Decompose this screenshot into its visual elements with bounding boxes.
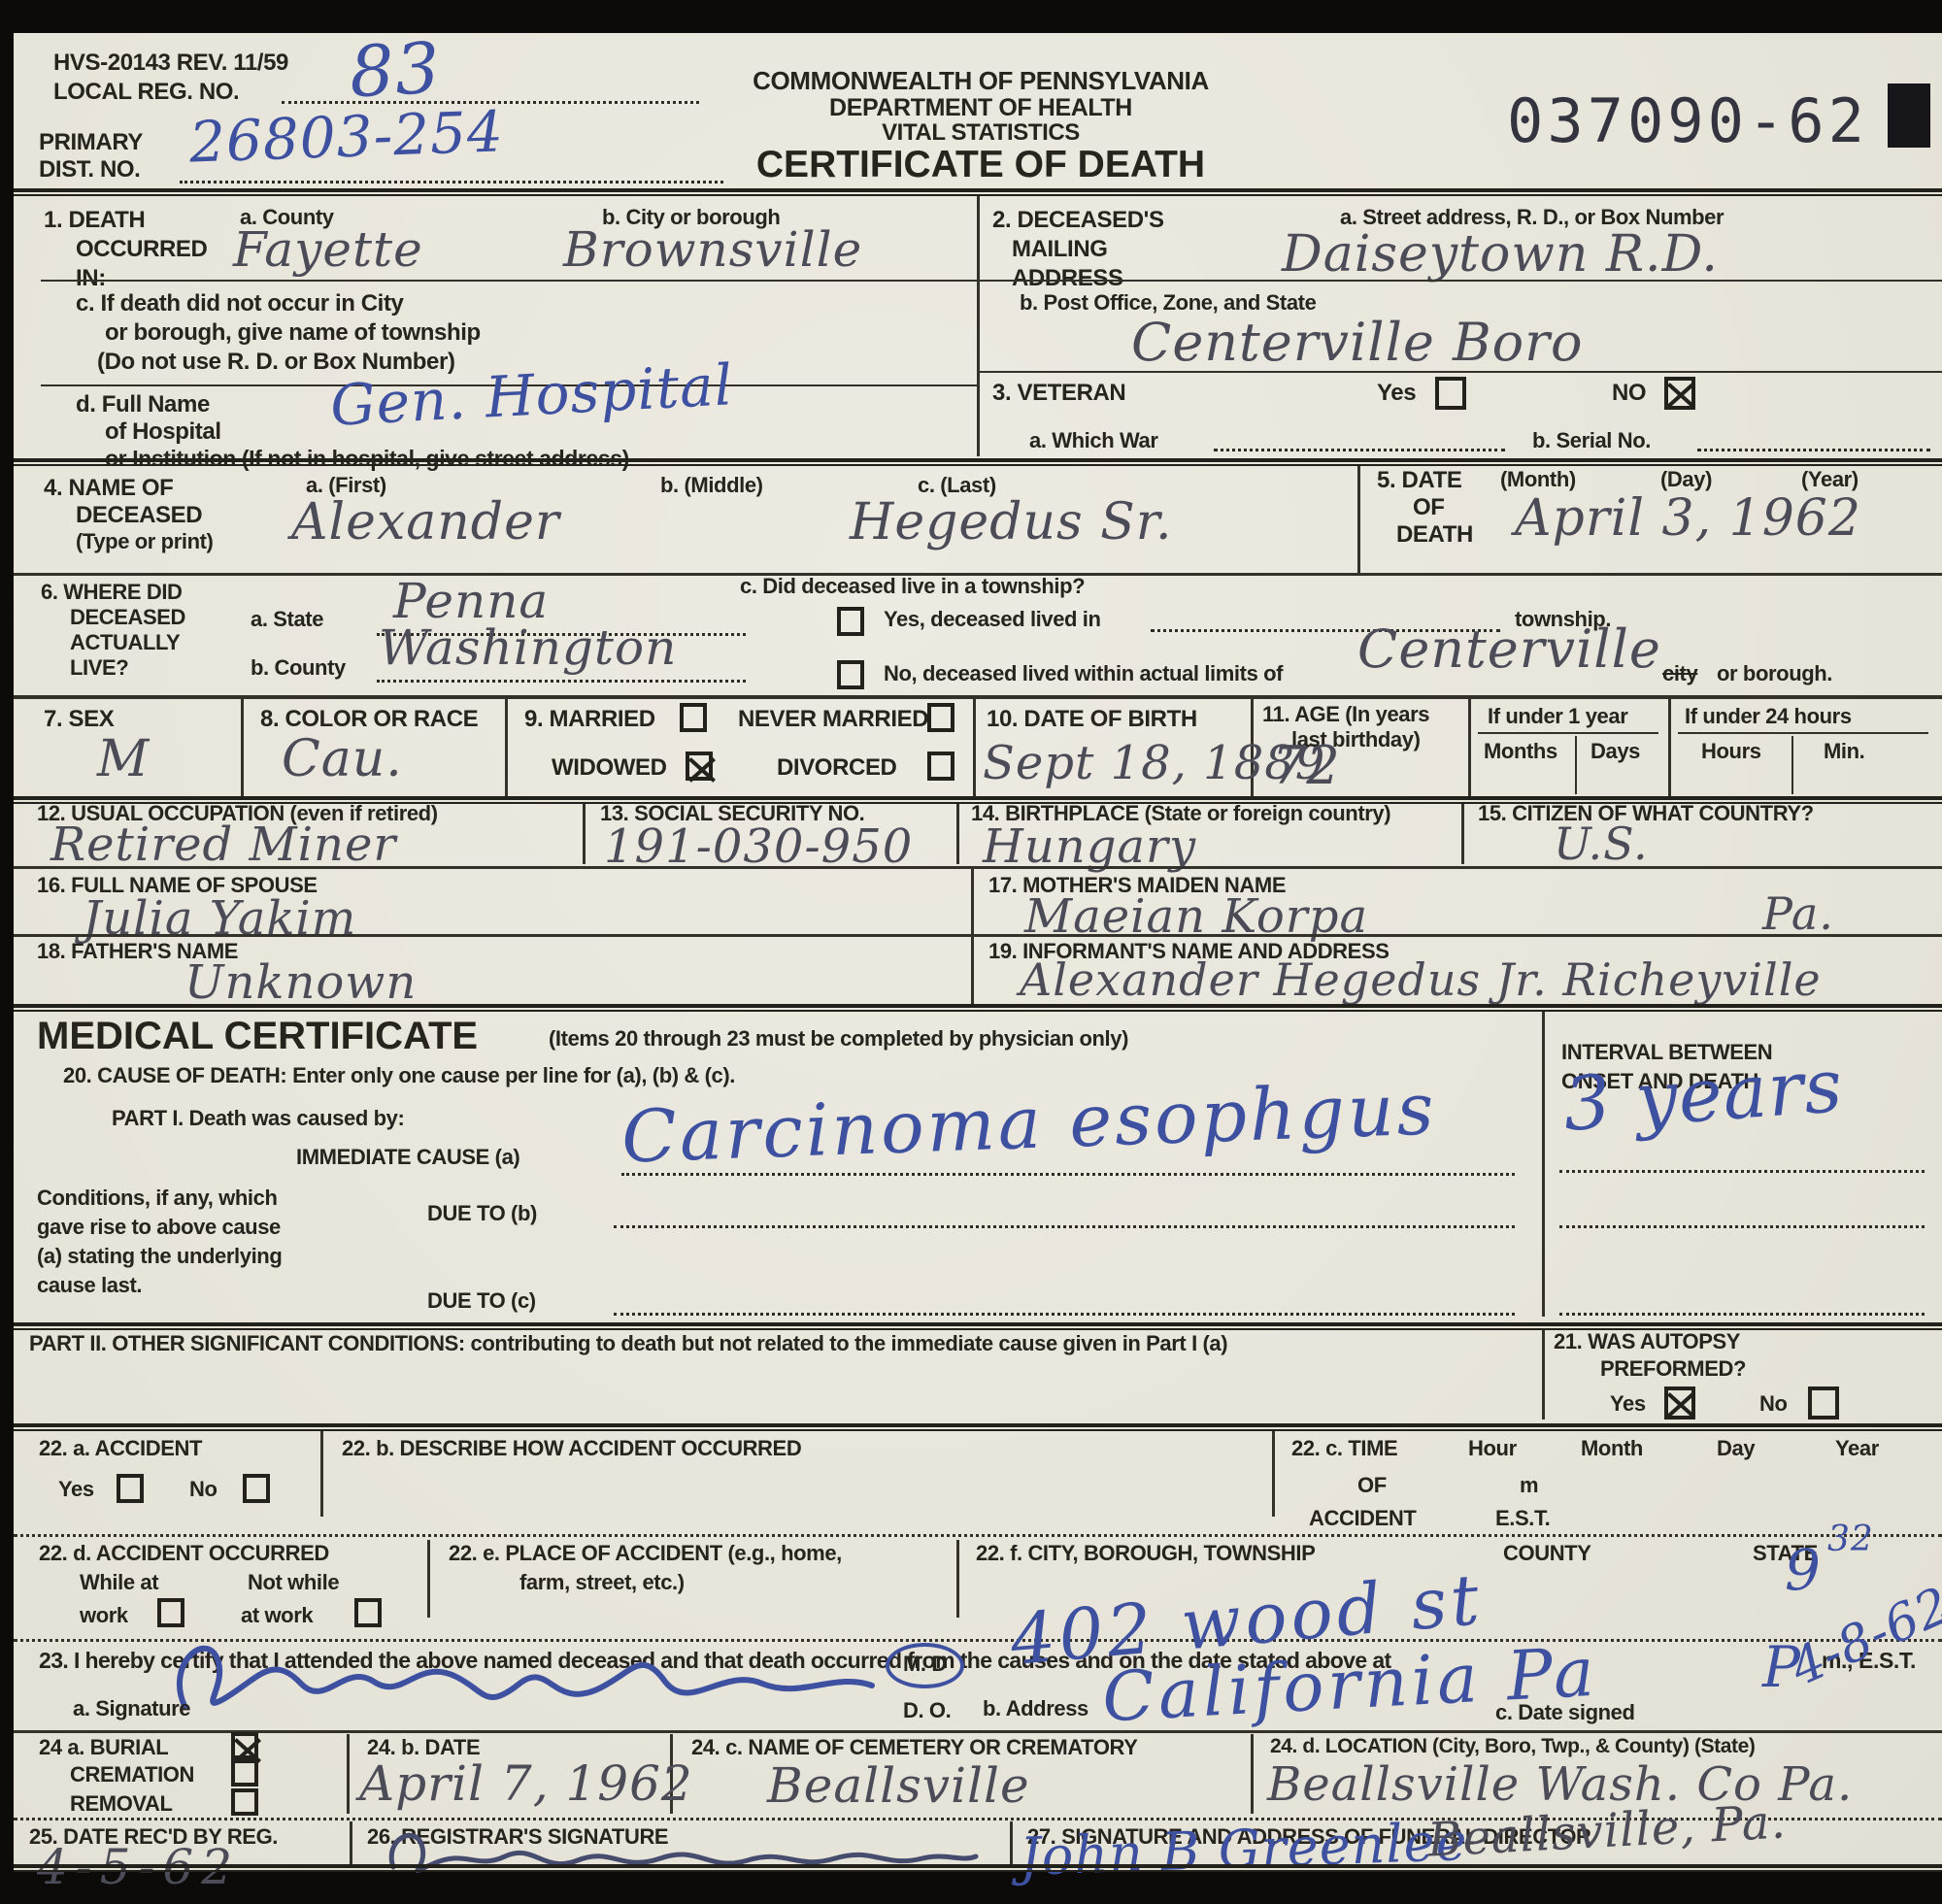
s6-yes-text: Yes, deceased lived in [884, 608, 1101, 630]
s22c-accident-label: ACCIDENT [1309, 1507, 1416, 1529]
divider-24a-24b [347, 1734, 350, 1814]
s3-serial-label: b. Serial No. [1532, 429, 1651, 451]
s24-cremation-label: CREMATION [70, 1763, 194, 1786]
s9-never-label: NEVER MARRIED [738, 707, 928, 731]
divider-s9-s10 [973, 699, 976, 796]
s22c-of-label: OF [1357, 1474, 1387, 1496]
funeral-director-signature: John B Greenlee [1019, 1816, 1468, 1884]
s15-value: U.S. [1554, 821, 1649, 866]
s9-widowed-label: WIDOWED [552, 755, 667, 780]
s13-value: 191-030-950 [604, 823, 913, 870]
form-number: HVS-20143 REV. 11/59 [53, 50, 288, 75]
s22d-while-at: While at [80, 1571, 158, 1593]
hours-label: Hours [1701, 740, 1761, 762]
s3-serial-dotted [1697, 449, 1930, 451]
s19-value: Alexander Hegedus Jr. Richeyville [1020, 957, 1822, 1002]
s24-burial-label: 24 a. BURIAL [39, 1736, 168, 1758]
hours-min-divider [1791, 736, 1793, 794]
widowed-checkbox-checked [686, 752, 713, 781]
rule-medical-top [14, 1004, 1942, 1012]
due-to-c-label: DUE TO (c) [427, 1289, 536, 1312]
local-reg-value: 83 [348, 33, 442, 108]
married-checkbox [680, 703, 707, 732]
s24-removal-label: REMOVAL [70, 1792, 173, 1815]
s2-label-2: MAILING [1012, 237, 1108, 261]
s22c-m-label: m [1520, 1474, 1538, 1496]
s4b-label: b. (Middle) [660, 474, 763, 496]
cremation-checkbox [231, 1759, 258, 1787]
s22e-label-1: 22. e. PLACE OF ACCIDENT (e.g., home, [449, 1542, 842, 1564]
divider-s7-s8 [241, 699, 244, 796]
s6b-label: b. County [251, 656, 346, 679]
divider-medical-interval [1542, 1012, 1545, 1317]
conditions-line-1: Conditions, if any, which [37, 1186, 277, 1209]
s1-label-1: 1. DEATH [44, 208, 145, 232]
divider-22a-22b [320, 1431, 323, 1517]
divider-under1yr-under24h [1668, 699, 1671, 796]
s22b-label: 22. b. DESCRIBE HOW ACCIDENT OCCURRED [342, 1437, 801, 1459]
part1-label: PART I. Death was caused by: [112, 1107, 404, 1129]
divider-s4-s5 [1357, 466, 1360, 573]
s24c-value: Beallsville [767, 1761, 1030, 1810]
day-label: Day [1717, 1437, 1755, 1459]
physician-signature [165, 1623, 884, 1720]
min-label: Min. [1824, 740, 1864, 762]
divider-s14-s15 [1461, 804, 1464, 864]
time-of-death-hour: 9 [1785, 1542, 1822, 1598]
certificate-title: CERTIFICATE OF DEATH [680, 146, 1282, 185]
s1d-label-1: d. Full Name [76, 392, 210, 417]
divider-part2-s21 [1542, 1330, 1545, 1420]
do-label: D. O. [903, 1699, 951, 1721]
s4a-value: Alexander [291, 497, 560, 548]
veteran-no-checkbox-checked [1664, 377, 1695, 410]
s22a-yes-label: Yes [58, 1478, 94, 1500]
s21-label-1: 21. WAS AUTOPSY [1554, 1330, 1740, 1353]
s1c-line-1: c. If death did not occur in City [76, 291, 403, 316]
org-line-3: VITAL STATISTICS [680, 120, 1282, 145]
s1-label-3: IN: [76, 266, 106, 290]
registrar-signature [379, 1823, 981, 1882]
part2-label: PART II. OTHER SIGNIFICANT CONDITIONS: c… [29, 1332, 1227, 1354]
s21-label-2: PREFORMED? [1600, 1357, 1746, 1380]
s18-value: Unknown [184, 959, 417, 1006]
under-24-hours-rule [1678, 732, 1928, 734]
rule-s22-top [14, 1423, 1942, 1431]
s24c-label: 24. c. NAME OF CEMETERY OR CREMATORY [691, 1736, 1137, 1758]
s6-or-borough: or borough. [1717, 662, 1832, 685]
s22d-work: work [80, 1604, 128, 1626]
township-no-checkbox [837, 660, 864, 689]
s2b-value: Centerville Boro [1131, 317, 1583, 369]
s5-value: April 3, 1962 [1515, 493, 1861, 544]
due-to-b-dotted [614, 1225, 1515, 1228]
divider-22e-22f [956, 1540, 959, 1618]
divider-25-26 [350, 1821, 352, 1864]
burial-checkbox-checked [231, 1732, 258, 1759]
s14-value: Hungary [983, 823, 1196, 870]
s6-label-2: DECEASED [70, 606, 185, 628]
s24d-label: 24. d. LOCATION (City, Boro, Twp., & Cou… [1270, 1736, 1756, 1757]
divider-22d-22e [427, 1540, 430, 1618]
due-to-b-label: DUE TO (b) [427, 1202, 537, 1224]
s12-value: Retired Miner [50, 821, 396, 868]
primary-dist-dotted-line [180, 181, 723, 184]
days-label: Days [1590, 740, 1640, 762]
death-certificate-scan: HVS-20143 REV. 11/59 LOCAL REG. NO. 83 P… [0, 0, 1942, 1904]
medical-subtitle: (Items 20 through 23 must be completed b… [549, 1027, 1128, 1050]
township-yes-checkbox [837, 607, 864, 636]
s5-month-label: (Month) [1500, 468, 1576, 490]
s7-value: M [97, 734, 150, 785]
s6b-dotted [377, 680, 746, 683]
org-line-2: DEPARTMENT OF HEALTH [680, 95, 1282, 120]
rule-row7-top [14, 695, 1942, 699]
s11-label-1: 11. AGE (In years [1262, 703, 1429, 725]
s5-year-label: (Year) [1801, 468, 1858, 490]
s11-value: 72 [1272, 740, 1341, 792]
s6-city-struck: city [1662, 662, 1697, 685]
divider-s11-under1yr [1468, 699, 1471, 796]
s22e-label-2: farm, street, etc.) [519, 1571, 685, 1593]
s1a-value: Fayette [233, 225, 423, 274]
rule-s24-top [14, 1730, 1942, 1733]
divider-s12-s13 [583, 804, 586, 864]
s3-war-label: a. Which War [1029, 429, 1158, 451]
org-line-1: COMMONWEALTH OF PENNSYLVANIA [680, 68, 1282, 94]
s2b-label: b. Post Office, Zone, and State [1020, 291, 1316, 314]
autopsy-yes-label: Yes [1610, 1392, 1646, 1415]
rule-row16-top [14, 866, 1942, 869]
s6-label-4: LIVE? [70, 656, 128, 679]
s6c-label: c. Did deceased live in a township? [740, 575, 1085, 597]
s8-value: Cau. [282, 734, 403, 785]
s6-no-value: Centerville [1357, 623, 1661, 676]
s3-war-dotted [1214, 449, 1505, 451]
year-label: Year [1835, 1437, 1879, 1459]
under-1-year-label: If under 1 year [1488, 705, 1627, 727]
conditions-line-2: gave rise to above cause [37, 1216, 281, 1238]
interval-dotted-1 [1559, 1170, 1925, 1173]
s5-day-label: (Day) [1660, 468, 1712, 490]
informant-state: Pa. [1762, 891, 1834, 936]
s22c-label: 22. c. TIME [1291, 1437, 1397, 1459]
accident-no-checkbox [243, 1474, 270, 1503]
s2-rule-2 [977, 371, 1942, 373]
s24b-value: April 7, 1962 [359, 1759, 693, 1808]
months-label: Months [1484, 740, 1557, 762]
s5-label-2: OF [1413, 495, 1445, 519]
months-days-divider [1575, 736, 1577, 794]
primary-dist-label-1: PRIMARY [39, 130, 143, 154]
hour-label: Hour [1468, 1437, 1517, 1459]
immediate-cause-label: IMMEDIATE CAUSE (a) [296, 1146, 519, 1168]
s9-divorced-label: DIVORCED [777, 755, 896, 780]
header-rule [14, 188, 1942, 196]
stamp-corner-block [1888, 84, 1930, 148]
divider-s8-s9 [505, 699, 508, 796]
due-to-c-dotted [614, 1313, 1515, 1316]
s3-label: 3. VETERAN [992, 381, 1125, 405]
s6-label-1: 6. WHERE DID [41, 581, 183, 603]
s3-yes-label: Yes [1377, 381, 1416, 405]
s3-no-label: NO [1612, 381, 1646, 405]
s4c-value: Hegedus Sr. [850, 497, 1172, 548]
never-married-checkbox [927, 703, 954, 732]
s23-address-label: b. Address [983, 1697, 1088, 1720]
s6a-value: Penna [393, 577, 549, 625]
primary-dist-label-2: DIST. NO. [39, 157, 140, 182]
s22c-est-label: E.S.T. [1495, 1507, 1550, 1529]
divider-s16-s17 [971, 869, 974, 1005]
removal-checkbox [231, 1788, 258, 1816]
medical-title: MEDICAL CERTIFICATE [37, 1016, 478, 1056]
s6a-label: a. State [251, 608, 323, 630]
s1-label-2: OCCURRED [76, 237, 207, 261]
divider-s1-s2 [977, 196, 980, 456]
s22a-label: 22. a. ACCIDENT [39, 1437, 202, 1459]
s7-label: 7. SEX [44, 707, 114, 731]
divider-24c-24d [1251, 1734, 1254, 1814]
s23-date-signed-label: c. Date signed [1495, 1701, 1635, 1723]
s9-married-label: 9. MARRIED [524, 707, 655, 731]
under-1-year-rule [1478, 732, 1658, 734]
s4-label-1: 4. NAME OF [44, 476, 173, 500]
rule-s22d-top [14, 1534, 1942, 1537]
s17-value: Maeian Korpa [1024, 893, 1368, 940]
s8-label: 8. COLOR OR RACE [260, 707, 478, 731]
s2-rule-1 [977, 280, 1942, 282]
s5-label-1: 5. DATE [1377, 468, 1461, 492]
md-circled-label: M. D [886, 1643, 964, 1688]
s23-signature-label: a. Signature [73, 1697, 190, 1720]
s5-label-3: DEATH [1396, 522, 1473, 547]
rule-row18-top [14, 934, 1942, 937]
autopsy-yes-checkbox-checked [1664, 1386, 1695, 1420]
month-label: Month [1581, 1437, 1643, 1459]
s20-label: 20. CAUSE OF DEATH: Enter only one cause… [63, 1064, 735, 1086]
s1-rule-1 [41, 280, 977, 282]
divorced-checkbox [927, 752, 954, 781]
under-24-hours-label: If under 24 hours [1685, 705, 1852, 727]
veteran-yes-checkbox [1435, 377, 1466, 410]
local-reg-label: LOCAL REG. NO. [53, 80, 239, 104]
primary-dist-value: 26803-254 [188, 103, 505, 170]
interval-value: 3 years [1561, 1049, 1846, 1142]
county-label: COUNTY [1503, 1542, 1591, 1564]
s2-label-3: ADDRESS [1012, 266, 1123, 290]
s10-label: 10. DATE OF BIRTH [987, 707, 1197, 731]
s1d-label-2: of Hospital [105, 419, 221, 444]
autopsy-no-checkbox [1808, 1386, 1839, 1420]
conditions-line-4: cause last. [37, 1274, 142, 1296]
time-of-death-minutes: 32 [1827, 1522, 1874, 1557]
s22a-no-label: No [189, 1478, 218, 1500]
interval-dotted-3 [1559, 1313, 1925, 1316]
s22d-not-while: Not while [248, 1571, 339, 1593]
s6b-value: Washington [379, 623, 677, 672]
divider-s13-s14 [956, 804, 959, 864]
s2-label-1: 2. DECEASED'S [992, 208, 1164, 232]
s1b-value: Brownsville [563, 225, 862, 274]
divider-26-27 [1010, 1821, 1013, 1864]
s4-label-2: DECEASED [76, 503, 202, 527]
accident-yes-checkbox [117, 1474, 144, 1503]
bottom-edge-rule [14, 1864, 1942, 1872]
s22d-label: 22. d. ACCIDENT OCCURRED [39, 1542, 329, 1564]
s2a-value: Daiseytown R.D. [1282, 229, 1719, 280]
s22f-label: 22. f. CITY, BOROUGH, TOWNSHIP [976, 1542, 1315, 1564]
divider-22b-22c [1272, 1431, 1275, 1517]
certificate-number-stamp: 037090-62 [1507, 85, 1868, 156]
autopsy-no-label: No [1759, 1392, 1788, 1415]
s1c-line-2: or borough, give name of township [105, 320, 481, 345]
conditions-line-3: (a) stating the underlying [37, 1245, 282, 1267]
s4-label-3: (Type or print) [76, 530, 213, 552]
interval-dotted-2 [1559, 1225, 1925, 1228]
s6-no-text: No, deceased lived within actual limits … [884, 662, 1283, 685]
s6-label-3: ACTUALLY [70, 631, 180, 653]
rule-row4-top [14, 458, 1942, 466]
